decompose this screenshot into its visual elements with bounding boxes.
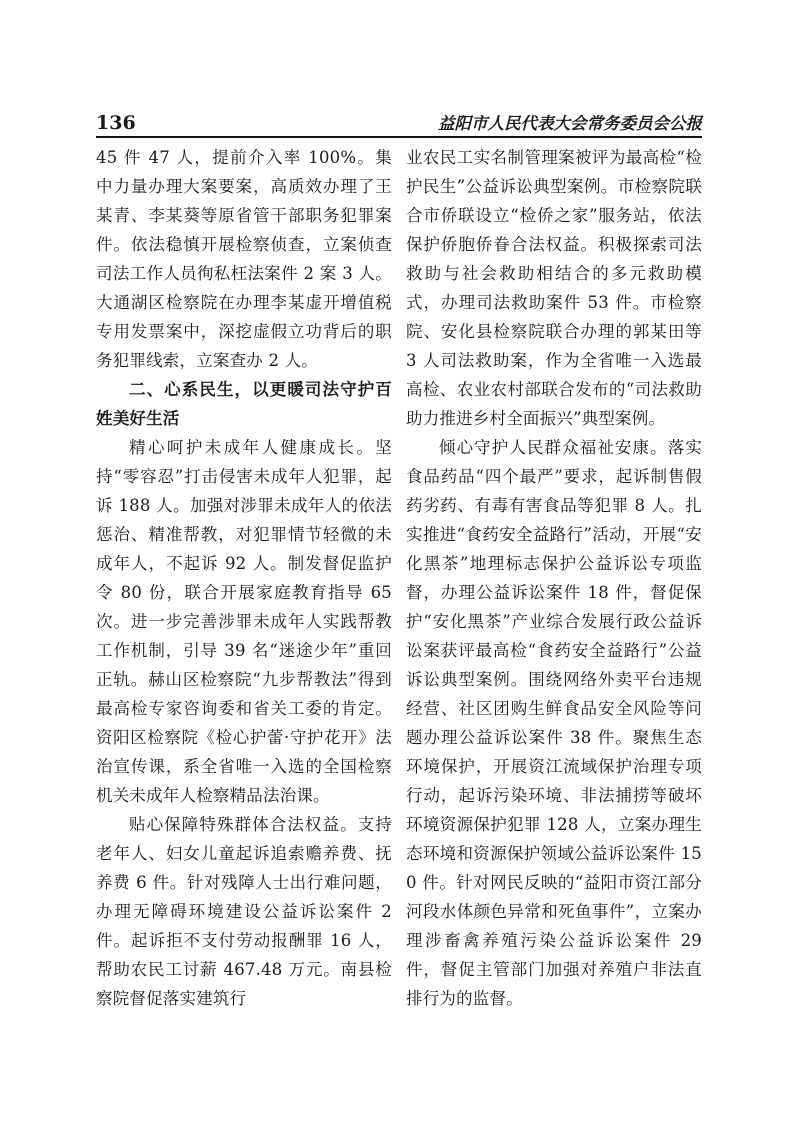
paragraph: 倾心守护人民群众福祉安康。落实食品药品“四个最严”要求，起诉制售假药劣药、有毒有… [406,433,702,1013]
left-column: 45 件 47 人，提前介入率 100%。集中力量办理大案要案，高质效办理了王某… [96,143,392,1013]
header-title: 益阳市人民代表大会常务委员会公报 [438,116,702,137]
section-heading: 二、心系民生，以更暖司法守护百姓美好生活 [96,375,392,433]
document-page: 136 益阳市人民代表大会常务委员会公报 45 件 47 人，提前介入率 100… [0,0,794,1122]
paragraph: 贴心保障特殊群体合法权益。支持老年人、妇女儿童起诉追索赡养费、抚养费 6 件。针… [96,810,392,1013]
paragraph: 精心呵护未成年人健康成长。坚持“零容忍”打击侵害未成年人犯罪，起诉 188 人。… [96,433,392,810]
page-header: 136 益阳市人民代表大会常务委员会公报 [96,110,702,138]
page-body: 45 件 47 人，提前介入率 100%。集中力量办理大案要案，高质效办理了王某… [96,143,702,1013]
page-number: 136 [96,114,136,136]
right-column: 业农民工实名制管理案被评为最高检“检护民生”公益诉讼典型案例。市检察院联合市侨联… [406,143,702,1013]
paragraph-continuation: 业农民工实名制管理案被评为最高检“检护民生”公益诉讼典型案例。市检察院联合市侨联… [406,143,702,433]
paragraph-continuation: 45 件 47 人，提前介入率 100%。集中力量办理大案要案，高质效办理了王某… [96,143,392,375]
